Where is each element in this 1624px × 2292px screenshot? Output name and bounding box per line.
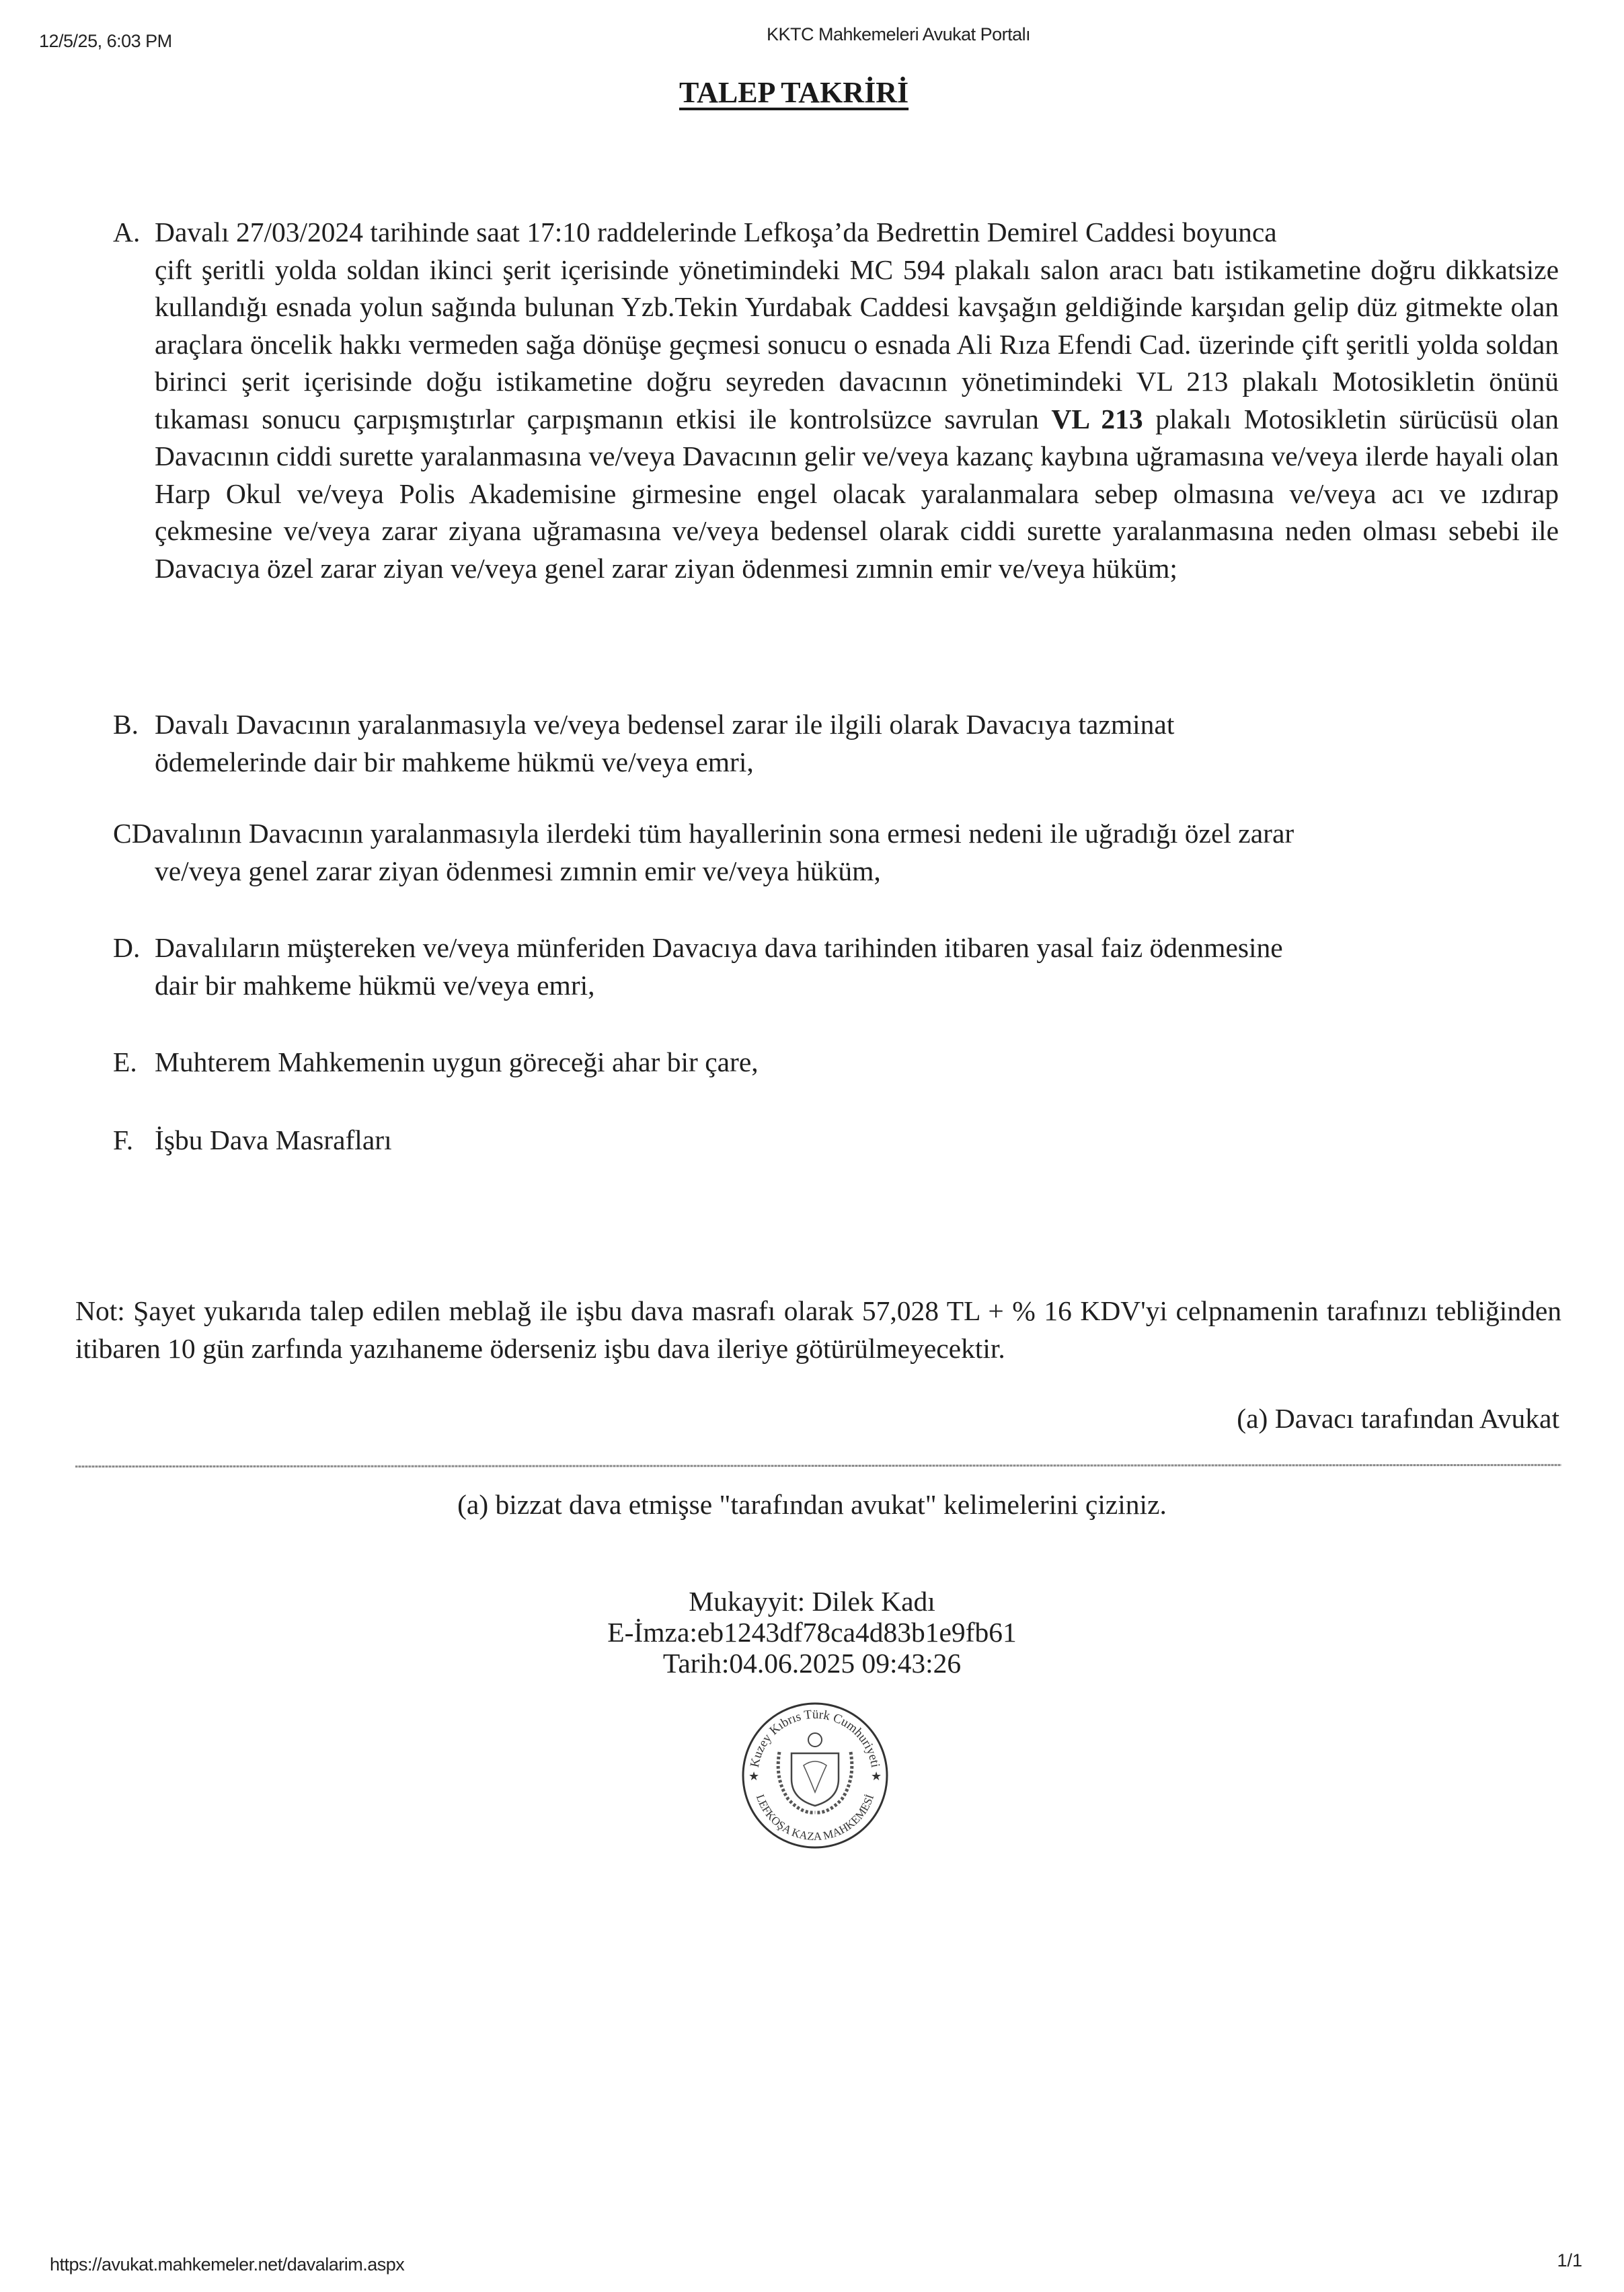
svg-text:★: ★ xyxy=(748,1769,759,1783)
claim-body: ödemelerinde dair bir mahkeme hükmü ve/v… xyxy=(113,744,1559,781)
signature-date: Tarih:04.06.2025 09:43:26 xyxy=(0,1648,1624,1679)
e-signature: E-İmza:eb1243df78ca4d83b1e9fb61 xyxy=(0,1617,1624,1648)
court-seal-icon: Kuzey Kıbrıs Türk Cumhuriyeti LEFKOŞA KA… xyxy=(738,1698,892,1853)
document-title: TALEP TAKRİRİ xyxy=(679,75,908,110)
claim-first-line: Davalının Davacının yaralanmasıyla ilerd… xyxy=(132,818,1294,849)
divider xyxy=(75,1464,1561,1467)
claim-label: B. xyxy=(113,706,155,744)
print-footer-url: https://avukat.mahkemeler.net/davalarim.… xyxy=(50,2254,404,2275)
claim-label: C xyxy=(113,818,132,849)
claim-first-line: Davalı 27/03/2024 tarihinde saat 17:10 r… xyxy=(155,217,1277,247)
svg-text:Kuzey Kıbrıs Türk Cumhuriyeti: Kuzey Kıbrıs Türk Cumhuriyeti xyxy=(748,1708,882,1769)
plate-number: VL 213 xyxy=(1051,404,1143,434)
claim-label: D. xyxy=(113,929,155,967)
claim-d: D.Davalıların müştereken ve/veya münferi… xyxy=(113,929,1559,1004)
claim-body: çift şeritli yolda soldan ikinci şerit i… xyxy=(113,252,1559,588)
registrar-block: Mukayyit: Dilek Kadı E-İmza:eb1243df78ca… xyxy=(0,1586,1624,1679)
claim-body: dair bir mahkeme hükmü ve/veya emri, xyxy=(113,967,1559,1005)
claim-first-line: Davalıların müştereken ve/veya münferide… xyxy=(155,932,1283,963)
claim-c: CDavalının Davacının yaralanmasıyla iler… xyxy=(113,815,1559,890)
instruction-text: (a) bizzat dava etmişse "tarafından avuk… xyxy=(0,1486,1624,1524)
claim-label: A. xyxy=(113,214,155,252)
claim-label: F. xyxy=(113,1122,155,1159)
print-header-datetime: 12/5/25, 6:03 PM xyxy=(39,31,172,52)
claim-a: A.Davalı 27/03/2024 tarihinde saat 17:10… xyxy=(113,214,1559,587)
print-header-title: KKTC Mahkemeleri Avukat Portalı xyxy=(767,24,1030,45)
claim-body: ve/veya genel zarar ziyan ödenmesi zımni… xyxy=(113,853,1559,890)
claim-first-line: Muhterem Mahkemenin uygun göreceği ahar … xyxy=(155,1046,759,1077)
print-footer-page: 1/1 xyxy=(1557,2250,1582,2271)
claim-f: F.İşbu Dava Masrafları xyxy=(113,1122,1559,1159)
payment-note: Not: Şayet yukarıda talep edilen meblağ … xyxy=(75,1293,1561,1367)
claim-label: E. xyxy=(113,1044,155,1081)
svg-text:LEFKOŞA KAZA MAHKEMESİ: LEFKOŞA KAZA MAHKEMESİ xyxy=(754,1793,876,1843)
svg-text:★: ★ xyxy=(871,1769,882,1783)
registrar-name: Mukayyit: Dilek Kadı xyxy=(0,1586,1624,1617)
claim-first-line: Davalı Davacının yaralanmasıyla ve/veya … xyxy=(155,709,1174,740)
claim-e: E.Muhterem Mahkemenin uygun göreceği aha… xyxy=(113,1044,1559,1081)
claim-b: B.Davalı Davacının yaralanmasıyla ve/vey… xyxy=(113,706,1559,781)
claim-first-line: İşbu Dava Masrafları xyxy=(155,1124,392,1155)
signature-line: (a) Davacı tarafından Avukat xyxy=(1237,1400,1559,1438)
